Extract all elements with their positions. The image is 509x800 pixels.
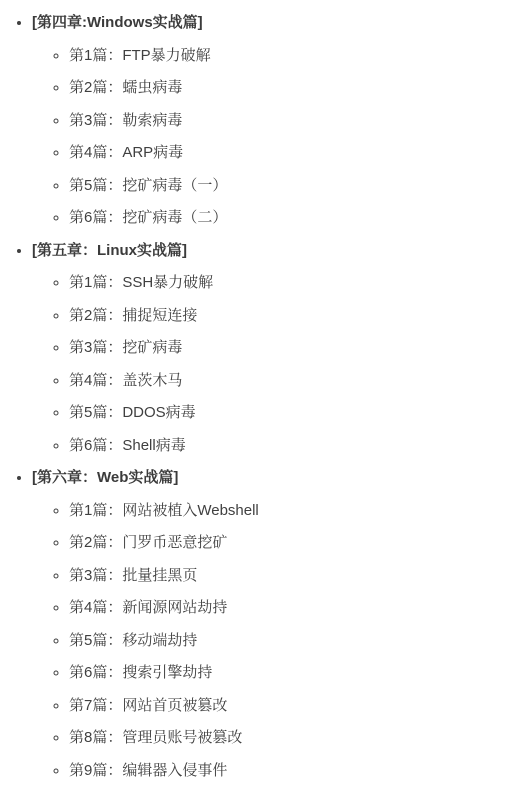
table-of-contents: [第四章:Windows实战篇] 第1篇：FTP暴力破解 第2篇：蠕虫病毒 第3… (0, 0, 509, 782)
toc-item: 第6篇：搜索引擎劫持 (69, 662, 509, 684)
chapter-linux: [第五章：Linux实战篇] 第1篇：SSH暴力破解 第2篇：捕捉短连接 第3篇… (32, 240, 509, 457)
chapter-windows-items: 第1篇：FTP暴力破解 第2篇：蠕虫病毒 第3篇：勒索病毒 第4篇：ARP病毒 … (32, 45, 509, 230)
chapter-web: [第六章：Web实战篇] 第1篇：网站被植入Webshell 第2篇：门罗币恶意… (32, 467, 509, 782)
toc-item: 第4篇：ARP病毒 (69, 142, 509, 164)
toc-item: 第7篇：网站首页被篡改 (69, 695, 509, 717)
toc-item: 第5篇：移动端劫持 (69, 630, 509, 652)
toc-item: 第2篇：蠕虫病毒 (69, 77, 509, 99)
toc-item: 第3篇：批量挂黑页 (69, 565, 509, 587)
toc-item: 第8篇：管理员账号被篡改 (69, 727, 509, 749)
toc-item: 第4篇：新闻源网站劫持 (69, 597, 509, 619)
chapter-list: [第四章:Windows实战篇] 第1篇：FTP暴力破解 第2篇：蠕虫病毒 第3… (0, 12, 509, 782)
chapter-title: [第六章：Web实战篇] (32, 469, 178, 486)
chapter-title: [第五章：Linux实战篇] (32, 242, 187, 259)
toc-item: 第4篇：盖茨木马 (69, 370, 509, 392)
toc-item: 第6篇：挖矿病毒（二） (69, 207, 509, 229)
toc-item: 第5篇：挖矿病毒（一） (69, 175, 509, 197)
toc-item: 第2篇：捕捉短连接 (69, 305, 509, 327)
toc-item: 第1篇：SSH暴力破解 (69, 272, 509, 294)
toc-item: 第9篇：编辑器入侵事件 (69, 760, 509, 782)
chapter-web-items: 第1篇：网站被植入Webshell 第2篇：门罗币恶意挖矿 第3篇：批量挂黑页 … (32, 500, 509, 782)
toc-item: 第3篇：挖矿病毒 (69, 337, 509, 359)
toc-item: 第5篇：DDOS病毒 (69, 402, 509, 424)
chapter-linux-items: 第1篇：SSH暴力破解 第2篇：捕捉短连接 第3篇：挖矿病毒 第4篇：盖茨木马 … (32, 272, 509, 457)
chapter-title: [第四章:Windows实战篇] (32, 14, 203, 31)
toc-item: 第1篇：网站被植入Webshell (69, 500, 509, 522)
toc-item: 第6篇：Shell病毒 (69, 435, 509, 457)
toc-item: 第1篇：FTP暴力破解 (69, 45, 509, 67)
toc-item: 第3篇：勒索病毒 (69, 110, 509, 132)
chapter-windows: [第四章:Windows实战篇] 第1篇：FTP暴力破解 第2篇：蠕虫病毒 第3… (32, 12, 509, 229)
toc-item: 第2篇：门罗币恶意挖矿 (69, 532, 509, 554)
